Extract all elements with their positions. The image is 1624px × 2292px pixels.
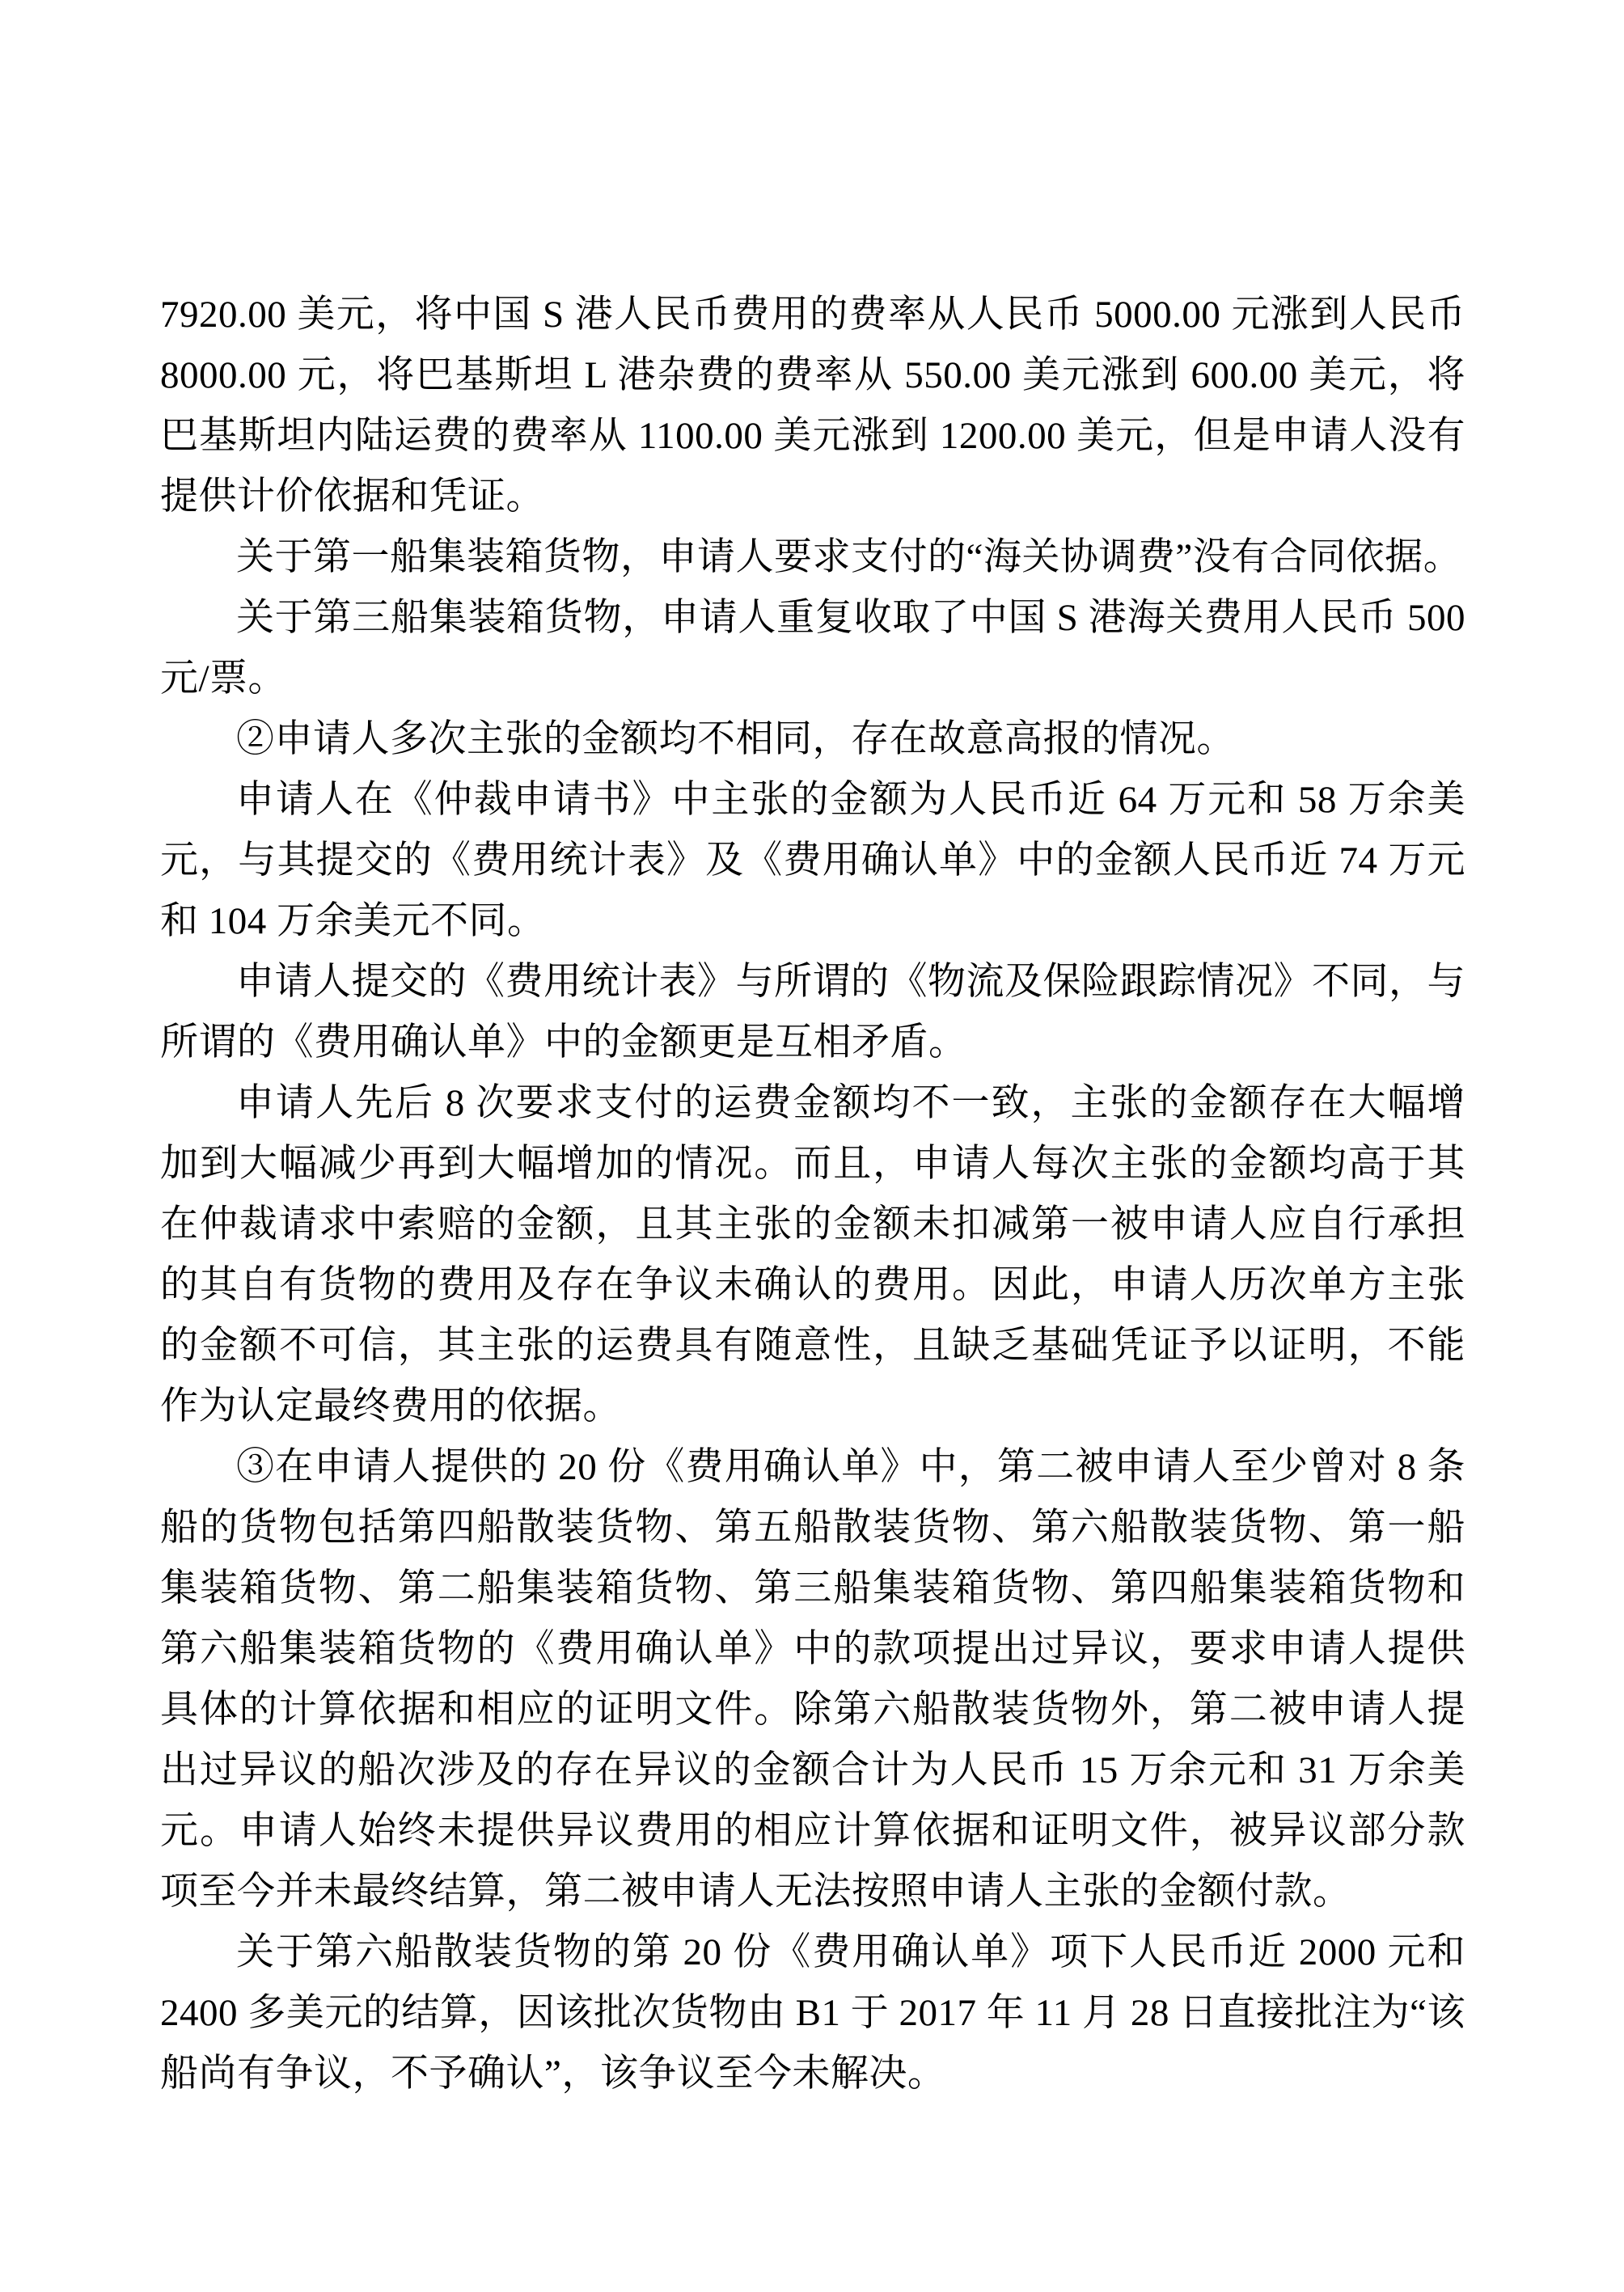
- paragraph-sixth-bulk-shipment-settlement: 关于第六船散装货物的第 20 份《费用确认单》项下人民币近 2000 元和 24…: [160, 1922, 1465, 2104]
- paragraph-arbitration-application-amounts: 申请人在《仲裁申请书》中主张的金额为人民币近 64 万元和 58 万余美元，与其…: [160, 770, 1465, 952]
- paragraph-fee-rate-increases: 7920.00 美元，将中国 S 港人民币费用的费率从人民币 5000.00 元…: [160, 285, 1465, 527]
- paragraph-eight-payment-requests: 申请人先后 8 次要求支付的运费金额均不一致，主张的金额存在大幅增加到大幅减少再…: [160, 1073, 1465, 1437]
- paragraph-third-container-shipment: 关于第三船集装箱货物，申请人重复收取了中国 S 港海关费用人民币 500 元/票…: [160, 588, 1465, 709]
- paragraph-statement-contradictions: 申请人提交的《费用统计表》与所谓的《物流及保险跟踪情况》不同，与所谓的《费用确认…: [160, 952, 1465, 1073]
- paragraph-point-3-confirmation-forms: ③在申请人提供的 20 份《费用确认单》中，第二被申请人至少曾对 8 条船的货物…: [160, 1437, 1465, 1922]
- paragraph-first-container-shipment: 关于第一船集装箱货物，申请人要求支付的“海关协调费”没有合同依据。: [160, 527, 1465, 588]
- document-page: 7920.00 美元，将中国 S 港人民币费用的费率从人民币 5000.00 元…: [0, 0, 1624, 2292]
- paragraph-point-2-heading: ②申请人多次主张的金额均不相同，存在故意高报的情况。: [160, 709, 1465, 770]
- document-body-text: 7920.00 美元，将中国 S 港人民币费用的费率从人民币 5000.00 元…: [160, 285, 1465, 2104]
